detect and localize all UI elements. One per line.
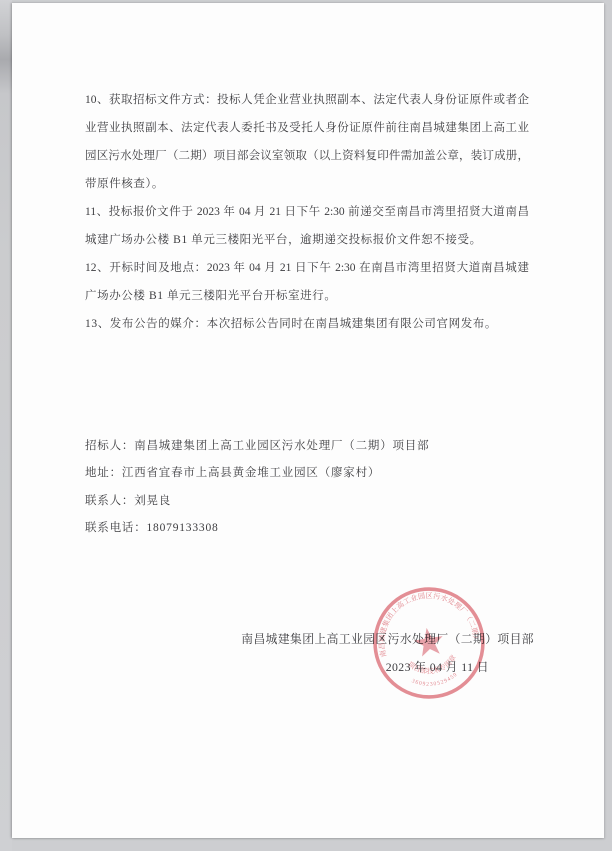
text-line: 13、发布公告的媒介：本次招标公告同时在南昌城建集团有限公司官网发布。: [85, 310, 529, 338]
paragraph-item-10: 10、获取招标文件方式：投标人凭企业营业执照副本、法定代表人身份证原件或者企 业…: [85, 86, 529, 198]
text-line: 11、投标报价文件于 2023 年 04 月 21 日下午 2:30 前递交至南…: [85, 198, 529, 226]
scan-edge-left: [0, 0, 12, 851]
contact-phone: 联系电话：18079133308: [85, 515, 545, 542]
contact-tenderer: 招标人：南昌城建集团上高工业园区污水处理厂（二期）项目部: [85, 433, 545, 460]
contact-block: 招标人：南昌城建集团上高工业园区污水处理厂（二期）项目部 地址：江西省宜春市上高…: [85, 433, 545, 542]
document-paper: 10、获取招标文件方式：投标人凭企业营业执照副本、法定代表人身份证原件或者企 业…: [12, 3, 604, 838]
paragraph-item-11: 11、投标报价文件于 2023 年 04 月 21 日下午 2:30 前递交至南…: [85, 198, 529, 254]
paragraph-item-13: 13、发布公告的媒介：本次招标公告同时在南昌城建集团有限公司官网发布。: [85, 310, 529, 338]
text-line: 带原件核查）。: [85, 170, 529, 198]
text-line: 广场办公楼 B1 单元三楼阳光平台开标室进行。: [85, 282, 529, 310]
text-line: 12、开标时间及地点：2023 年 04 月 21 日下午 2:30 在南昌市湾…: [85, 254, 529, 282]
paragraph-item-12: 12、开标时间及地点：2023 年 04 月 21 日下午 2:30 在南昌市湾…: [85, 254, 529, 310]
contact-person: 联系人：刘晃良: [85, 488, 545, 515]
text-line: 园区污水处理厂（二期）项目部会议室领取（以上资料复印件需加盖公章，装订成册，: [85, 142, 529, 170]
seal-star-icon: [412, 626, 445, 658]
text-line: 10、获取招标文件方式：投标人凭企业营业执照副本、法定代表人身份证原件或者企: [85, 86, 529, 114]
text-line: 业营业执照副本、法定代表人委托书及受托人身份证原件前往南昌城建集团上高工业: [85, 114, 529, 142]
official-seal: 南昌城建集团上高工业园区污水处理厂（二期） 项目部技术专用章 360923052…: [361, 575, 496, 710]
contact-address: 地址：江西省宜春市上高县黄金堆工业园区（廖家村）: [85, 460, 545, 487]
text-line: 城建广场办公楼 B1 单元三楼阳光平台，逾期递交投标报价文件恕不接受。: [85, 226, 529, 254]
notice-list: 10、获取招标文件方式：投标人凭企业营业执照副本、法定代表人身份证原件或者企 业…: [85, 86, 529, 338]
